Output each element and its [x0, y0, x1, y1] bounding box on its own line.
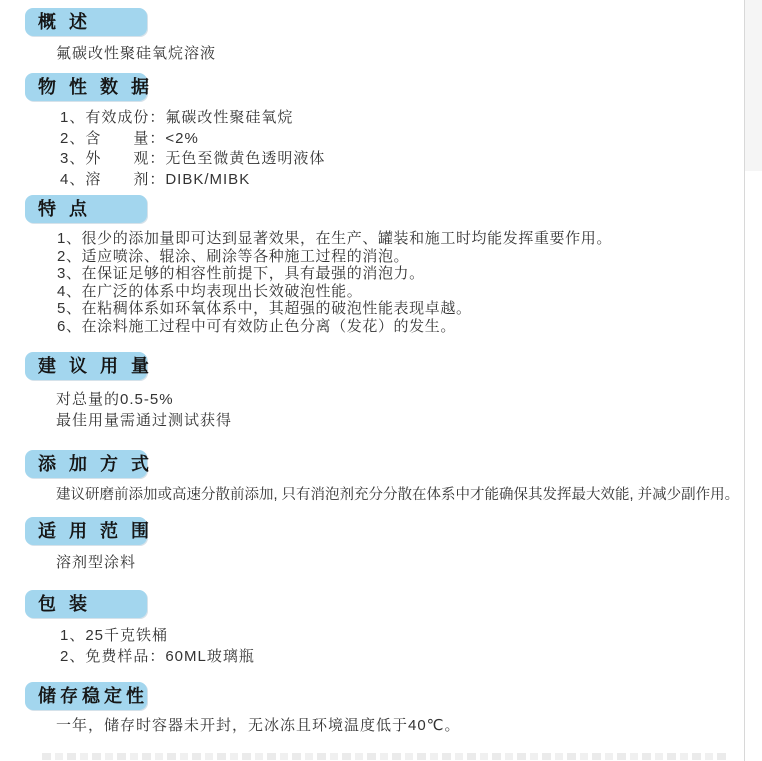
list-item: 4、溶 剂：DIBK/MIBK — [60, 170, 762, 191]
list-item: 5、在粘稠体系如环氧体系中，其超强的破泡性能表现卓越。 — [57, 300, 762, 318]
packaging-list: 1、25千克铁桶 2、免费样品：60ML玻璃瓶 — [60, 625, 762, 667]
dosage-lines: 对总量的0.5-5% 最佳用量需通过测试获得 — [0, 389, 762, 431]
section-heading-applicable-scope: 适 用 范 围 — [25, 517, 147, 545]
list-item: 4、在广泛的体系中均表现出长效破泡性能。 — [57, 283, 762, 301]
section-heading-addition-method: 添 加 方 式 — [25, 450, 147, 478]
product-datasheet-page: 概 述 氟碳改性聚硅氧烷溶液 物 性 数 据 1、有效成份：氟碳改性聚硅氧烷 2… — [0, 0, 762, 761]
list-item: 1、有效成份：氟碳改性聚硅氧烷 — [60, 108, 762, 129]
addition-method-body: 建议研磨前添加或高速分散前添加, 只有消泡剂充分分散在体系中才能确保其发挥最大效… — [56, 485, 762, 505]
section-heading-features: 特 点 — [25, 195, 147, 223]
list-item: 2、适应喷涂、辊涂、刷涂等各种施工过程的消泡。 — [57, 248, 762, 266]
clipped-text-row — [42, 753, 730, 760]
section-heading-overview: 概 述 — [25, 8, 147, 36]
overview-body: 氟碳改性聚硅氧烷溶液 — [56, 44, 762, 64]
dosage-line: 最佳用量需通过测试获得 — [56, 410, 762, 431]
features-list: 1、很少的添加量即可达到显著效果，在生产、罐装和施工时均能发挥重要作用。 2、适… — [57, 230, 762, 335]
section-heading-physical-data: 物 性 数 据 — [25, 73, 147, 101]
physical-data-list: 1、有效成份：氟碳改性聚硅氧烷 2、含 量：<2% 3、外 观：无色至微黄色透明… — [60, 108, 762, 190]
section-heading-recommended-dosage: 建 议 用 量 — [25, 352, 147, 380]
list-item: 6、在涂料施工过程中可有效防止色分离（发花）的发生。 — [57, 318, 762, 336]
list-item: 1、很少的添加量即可达到显著效果，在生产、罐装和施工时均能发挥重要作用。 — [57, 230, 762, 248]
section-heading-storage-stability: 储存稳定性 — [25, 682, 147, 710]
section-heading-packaging: 包 装 — [25, 590, 147, 618]
list-item: 3、外 观：无色至微黄色透明液体 — [60, 149, 762, 170]
dosage-line: 对总量的0.5-5% — [56, 389, 762, 410]
list-item: 2、免费样品：60ML玻璃瓶 — [60, 646, 762, 667]
list-item: 1、25千克铁桶 — [60, 625, 762, 646]
right-margin-panel — [745, 0, 762, 171]
list-item: 2、含 量：<2% — [60, 129, 762, 150]
storage-stability-body: 一年，储存时容器未开封，无冰冻且环境温度低于40℃。 — [56, 716, 762, 736]
applicable-scope-body: 溶剂型涂料 — [56, 553, 762, 573]
list-item: 3、在保证足够的相容性前提下，具有最强的消泡力。 — [57, 265, 762, 283]
